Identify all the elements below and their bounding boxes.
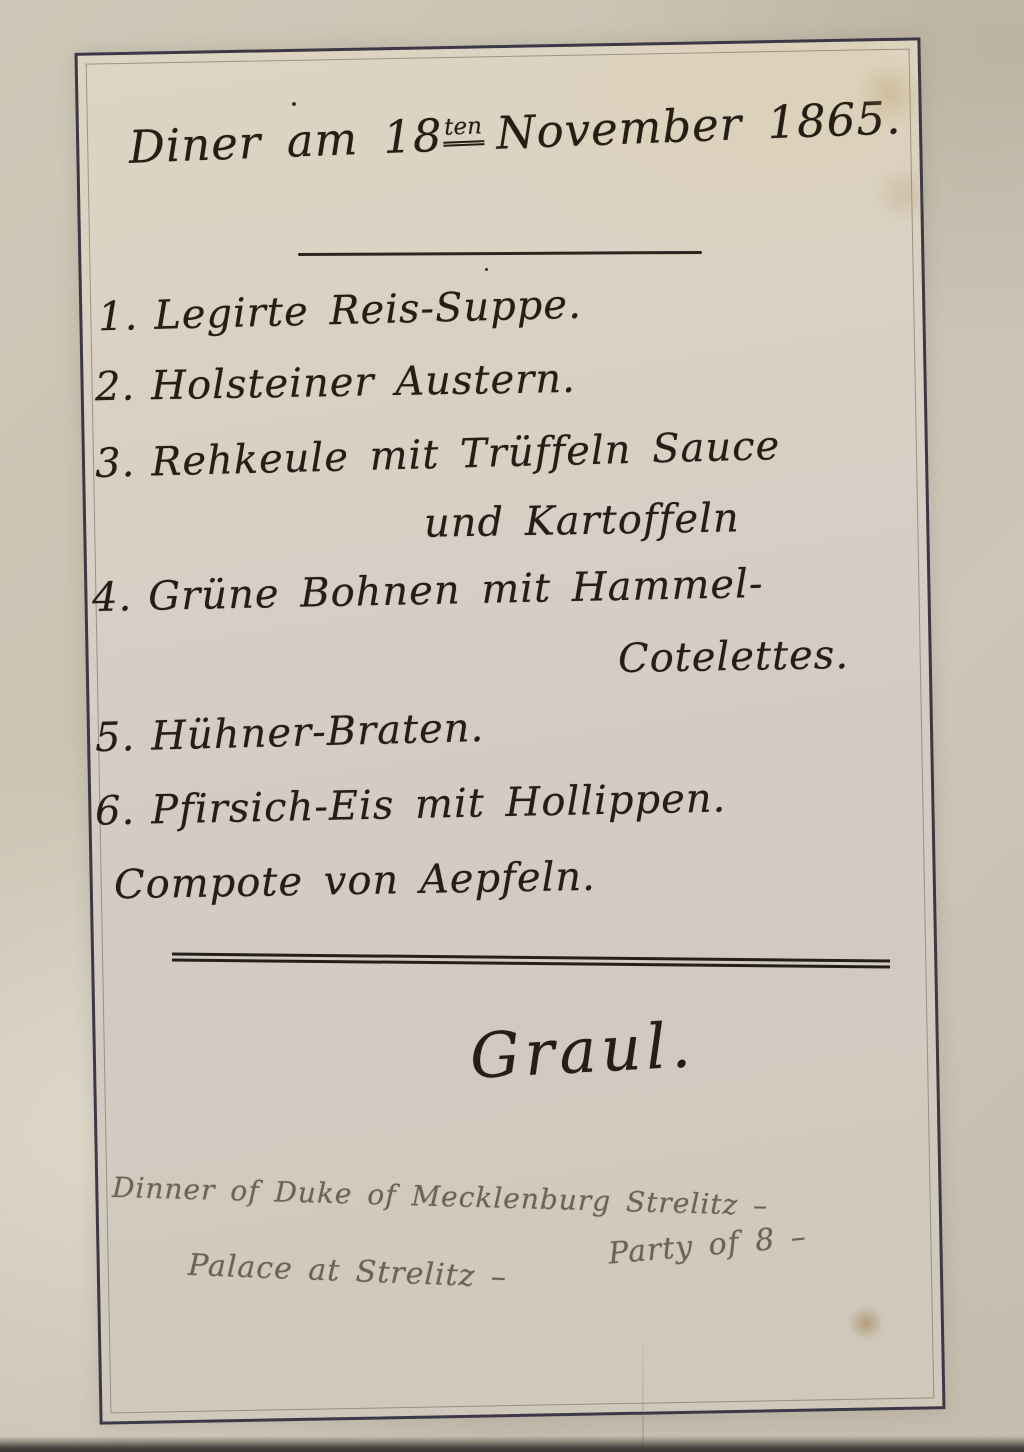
item-text: Hühner-Braten. [151, 705, 485, 760]
signature-graul: Graul. [468, 1008, 697, 1093]
menu-item-2: 2.Holsteiner Austern. [95, 356, 577, 410]
photo-edge-shadow [0, 1436, 1024, 1452]
item-number: 5. [94, 714, 135, 761]
item-text: und Kartoffeln [424, 495, 740, 547]
menu-item-4-continuation: Cotelettes. [618, 632, 850, 682]
menu-item-3-continuation: und Kartoffeln [424, 495, 740, 547]
item-number: 3. [95, 440, 136, 487]
ink-speck [292, 102, 296, 106]
item-text: Compote von Aepfeln. [114, 854, 597, 908]
paper-crease [642, 1326, 644, 1452]
ink-speck [485, 268, 488, 271]
menu-title-date-superscript: ten [442, 113, 485, 147]
item-number: 6. [95, 788, 136, 835]
compote-line: Compote von Aepfeln. [114, 854, 597, 908]
item-number: 2. [95, 363, 136, 410]
item-text: Cotelettes. [618, 632, 850, 682]
menu-photo: Diner am 18tenNovember 1865. 1.Legirte R… [0, 0, 1024, 1452]
item-text: Holsteiner Austern. [151, 356, 576, 409]
item-number: 4. [92, 574, 133, 621]
item-number: 1. [97, 293, 138, 340]
